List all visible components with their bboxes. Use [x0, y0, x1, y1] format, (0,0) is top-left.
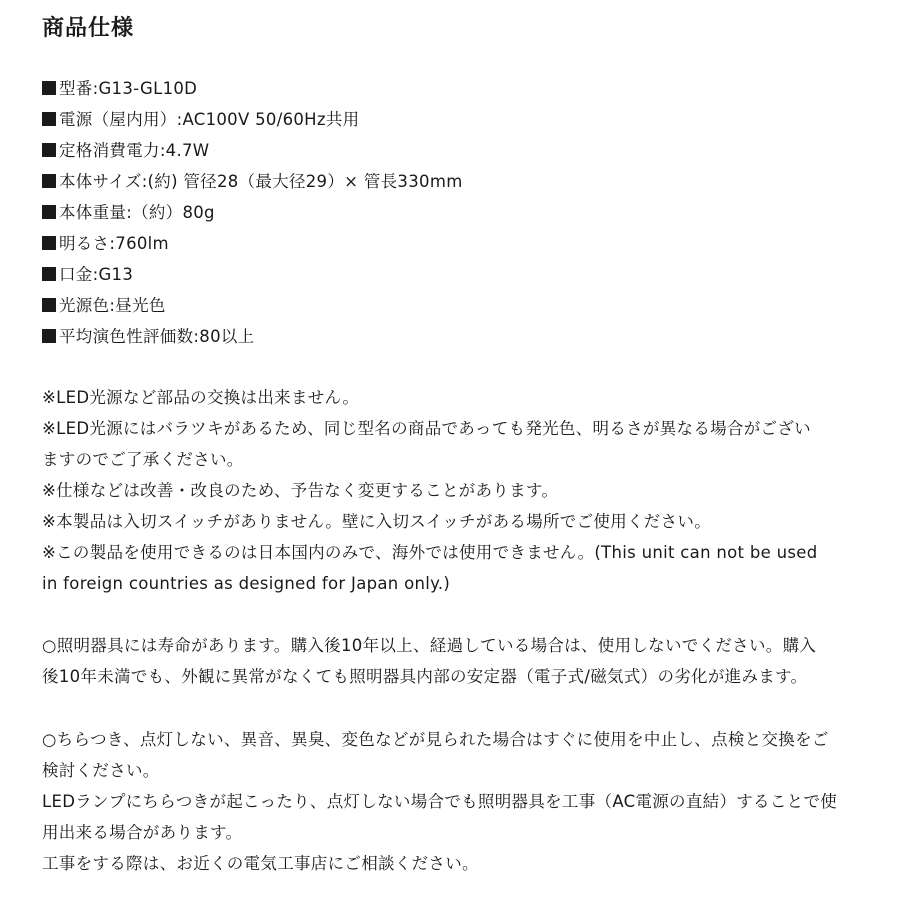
spec-value: 760lm — [115, 234, 169, 253]
note-line: ※LED光源にはバラツキがあるため、同じ型名の商品であっても発光色、明るさが異な… — [42, 413, 818, 444]
safety-line: ○ちらつき、点灯しない、異音、異臭、変色などが見られた場合はすぐに使用を中止し、… — [42, 724, 837, 755]
spec-list: 型番:G13-GL10D 電源（屋内用）:AC100V 50/60Hz共用 定格… — [42, 73, 463, 352]
lifespan-line: ○照明器具には寿命があります。購入後10年以上、経過している場合は、使用しないで… — [42, 630, 816, 661]
spec-item-size: 本体サイズ:(約) 管径28（最大径29）× 管長330mm — [42, 166, 463, 197]
spec-label: 平均演色性評価数 — [59, 327, 193, 346]
spec-value: 80以上 — [199, 327, 254, 346]
spec-label: 型番 — [59, 79, 93, 98]
square-bullet-icon — [42, 143, 56, 157]
note-line: in foreign countries as designed for Jap… — [42, 568, 818, 599]
note-line: ※仕様などは改善・改良のため、予告なく変更することがあります。 — [42, 475, 818, 506]
spec-label: 本体重量 — [59, 203, 126, 222]
spec-value: G13 — [98, 265, 133, 284]
lifespan-warning-section: ○照明器具には寿命があります。購入後10年以上、経過している場合は、使用しないで… — [42, 630, 816, 692]
spec-value: 4.7W — [166, 141, 210, 160]
square-bullet-icon — [42, 329, 56, 343]
spec-item-light-color: 光源色:昼光色 — [42, 290, 463, 321]
square-bullet-icon — [42, 81, 56, 95]
safety-line: 用出来る場合があります。 — [42, 817, 837, 848]
safety-line: 検討ください。 — [42, 755, 837, 786]
spec-item-power-source: 電源（屋内用）:AC100V 50/60Hz共用 — [42, 104, 463, 135]
spec-value: AC100V 50/60Hz共用 — [182, 110, 359, 129]
spec-item-rated-power: 定格消費電力:4.7W — [42, 135, 463, 166]
note-line: ※本製品は入切スイッチがありません。壁に入切スイッチがある場所でご使用ください。 — [42, 506, 818, 537]
spec-item-weight: 本体重量:（約）80g — [42, 197, 463, 228]
square-bullet-icon — [42, 174, 56, 188]
square-bullet-icon — [42, 205, 56, 219]
spec-item-base: 口金:G13 — [42, 259, 463, 290]
spec-label: 口金 — [59, 265, 93, 284]
square-bullet-icon — [42, 112, 56, 126]
spec-item-cri: 平均演色性評価数:80以上 — [42, 321, 463, 352]
safety-warning-section: ○ちらつき、点灯しない、異音、異臭、変色などが見られた場合はすぐに使用を中止し、… — [42, 724, 837, 879]
spec-value: G13-GL10D — [98, 79, 197, 98]
square-bullet-icon — [42, 236, 56, 250]
spec-label: 明るさ — [59, 234, 109, 253]
spec-value: （約）80g — [132, 203, 215, 222]
spec-label: 本体サイズ — [59, 172, 142, 191]
spec-item-brightness: 明るさ:760lm — [42, 228, 463, 259]
safety-line: LEDランプにちらつきが起こったり、点灯しない場合でも照明器具を工事（AC電源の… — [42, 786, 837, 817]
note-line: ※この製品を使用できるのは日本国内のみで、海外では使用できません。(This u… — [42, 537, 818, 568]
square-bullet-icon — [42, 298, 56, 312]
spec-value: (約) 管径28（最大径29）× 管長330mm — [148, 172, 463, 191]
spec-label: 光源色 — [59, 296, 109, 315]
safety-line: 工事をする際は、お近くの電気工事店にご相談ください。 — [42, 848, 837, 879]
spec-label: 定格消費電力 — [59, 141, 160, 160]
spec-label: 電源（屋内用） — [59, 110, 177, 129]
lifespan-line: 後10年未満でも、外観に異常がなくても照明器具内部の安定器（電子式/磁気式）の劣… — [42, 661, 816, 692]
page-title: 商品仕様 — [42, 14, 134, 44]
square-bullet-icon — [42, 267, 56, 281]
note-line: ※LED光源など部品の交換は出来ません。 — [42, 382, 818, 413]
notes-section: ※LED光源など部品の交換は出来ません。 ※LED光源にはバラツキがあるため、同… — [42, 382, 818, 599]
spec-item-model: 型番:G13-GL10D — [42, 73, 463, 104]
spec-value: 昼光色 — [115, 296, 165, 315]
note-line: ますのでご了承ください。 — [42, 444, 818, 475]
